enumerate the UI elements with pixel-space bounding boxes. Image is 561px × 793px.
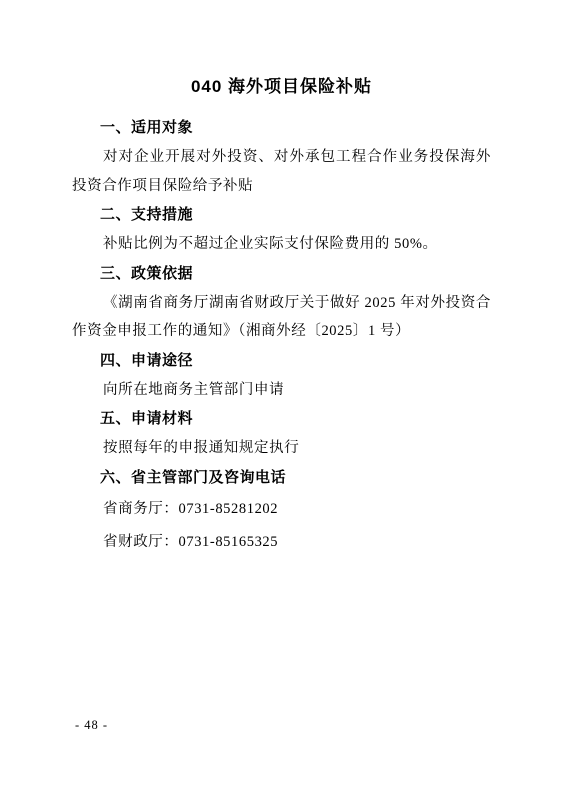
document-page: 040 海外项目保险补贴 一、适用对象 对对企业开展对外投资、对外承包工程合作业… [0, 0, 561, 793]
document-content: 040 海外项目保险补贴 一、适用对象 对对企业开展对外投资、对外承包工程合作业… [0, 0, 561, 559]
page-number: - 48 - [75, 716, 108, 734]
section-applicable-objects: 一、适用对象 对对企业开展对外投资、对外承包工程合作业务投保海外投资合作项目保险… [72, 113, 491, 200]
section-paragraph: 补贴比例为不超过企业实际支付保险费用的 50%。 [72, 230, 491, 259]
section-policy-basis: 三、政策依据 《湖南省商务厅湖南省财政厅关于做好 2025 年对外投资合作资金申… [72, 259, 491, 346]
section-application-channel: 四、申请途径 向所在地商务主管部门申请 [72, 346, 491, 405]
section-paragraph: 按照每年的申报通知规定执行 [72, 434, 491, 463]
contact-commerce-phone: 省商务厅：0731-85281202 [72, 493, 491, 526]
section-heading: 四、申请途径 [72, 346, 491, 376]
section-heading: 六、省主管部门及咨询电话 [72, 463, 491, 493]
section-application-materials: 五、申请材料 按照每年的申报通知规定执行 [72, 404, 491, 463]
contact-finance-phone: 省财政厅：0731-85165325 [72, 526, 491, 559]
section-heading: 一、适用对象 [72, 113, 491, 143]
section-heading: 二、支持措施 [72, 200, 491, 230]
section-heading: 五、申请材料 [72, 404, 491, 434]
section-paragraph: 对对企业开展对外投资、对外承包工程合作业务投保海外投资合作项目保险给予补贴 [72, 143, 491, 200]
section-heading: 三、政策依据 [72, 259, 491, 289]
section-paragraph: 向所在地商务主管部门申请 [72, 376, 491, 405]
section-contact-info: 六、省主管部门及咨询电话 省商务厅：0731-85281202 省财政厅：073… [72, 463, 491, 559]
section-paragraph: 《湖南省商务厅湖南省财政厅关于做好 2025 年对外投资合作资金申报工作的通知》… [72, 289, 491, 346]
page-title: 040 海外项目保险补贴 [72, 74, 491, 100]
section-support-measures: 二、支持措施 补贴比例为不超过企业实际支付保险费用的 50%。 [72, 200, 491, 259]
